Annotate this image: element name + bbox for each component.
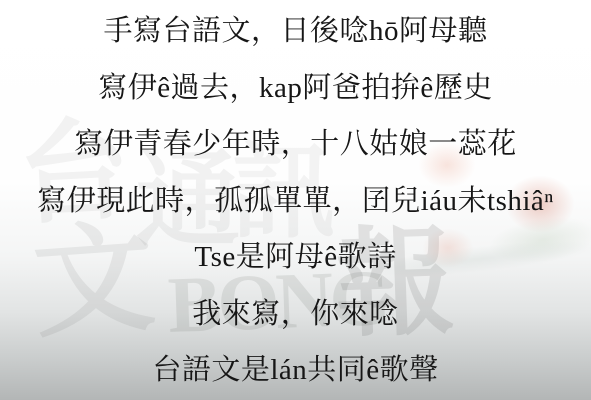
lyrics-block: 手寫台語文，日後唸hō阿母聽 寫伊ê過去，kap阿爸拍拚ê歷史 寫伊青春少年時，…: [0, 0, 591, 400]
lyric-line-5: Tse是阿母ê歌詩: [0, 240, 591, 275]
lyric-line-3: 寫伊青春少年時，十八姑娘一蕊花: [0, 127, 591, 162]
lyric-line-2: 寫伊ê過去，kap阿爸拍拚ê歷史: [0, 71, 591, 106]
lyric-line-1: 手寫台語文，日後唸hō阿母聽: [0, 14, 591, 49]
lyric-line-6: 我來寫，你來唸: [0, 297, 591, 332]
lyric-line-4: 寫伊現此時，孤孤單單，囝兒iáu未tshiâⁿ: [0, 184, 591, 219]
video-lyrics-frame: 台 通 訊 文 BONG 報 手寫台語文，日後唸hō阿母聽 寫伊ê過去，kap阿…: [0, 0, 591, 400]
lyric-line-7: 台語文是lán共同ê歌聲: [0, 353, 591, 388]
